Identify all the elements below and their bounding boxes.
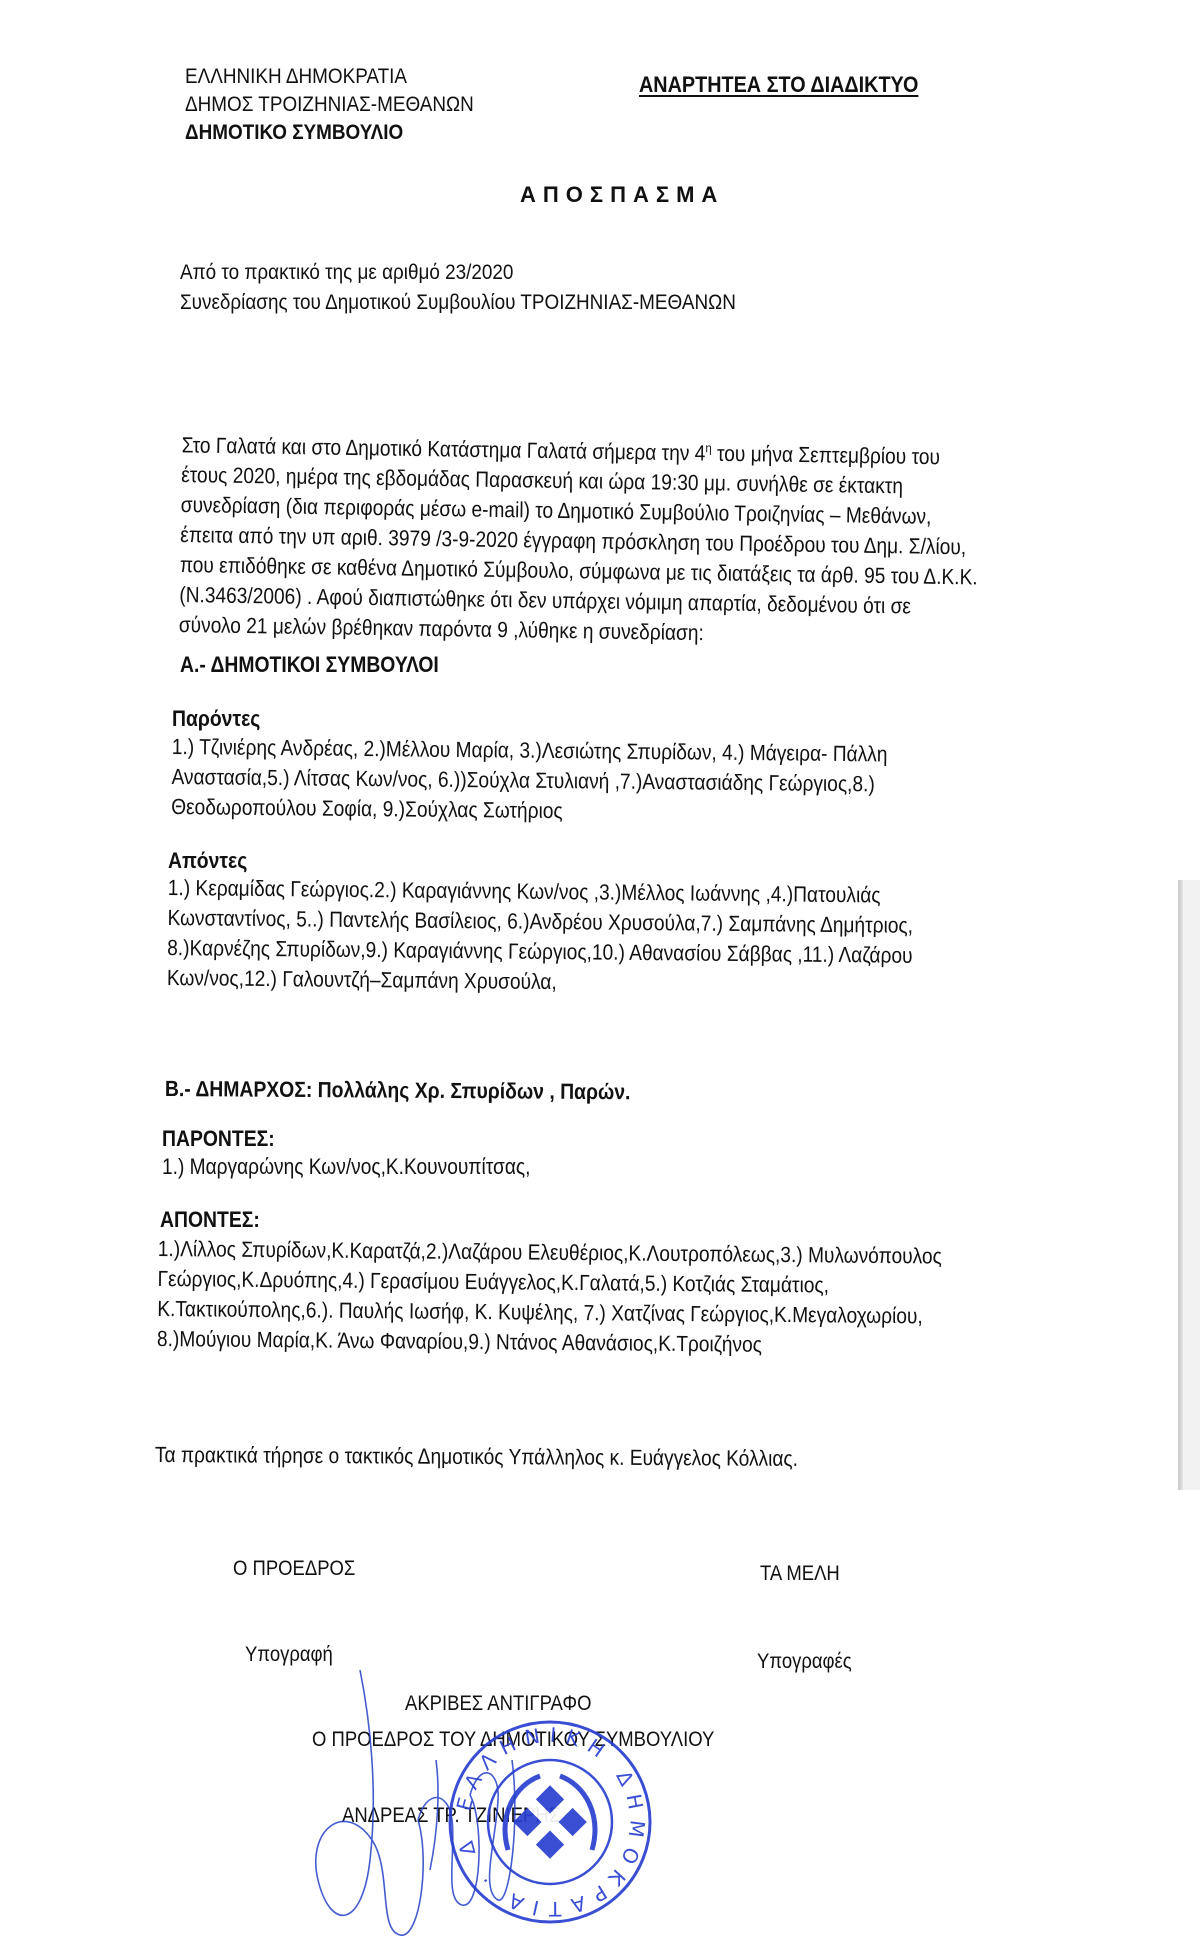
svg-text:ΕΛΛΗΝΙΚΗ ΔΗΜΟΚΡΑΤΙΑ · ΔΗΜΟΣ ΤΡ: ΕΛΛΗΝΙΚΗ ΔΗΜΟΚΡΑΤΙΑ · ΔΗΜΟΣ ΤΡΟΙΖΗΝΙΑΣ-Μ… xyxy=(0,0,650,1921)
municipal-stamp-icon: ΕΛΛΗΝΙΚΗ ΔΗΜΟΚΡΑΤΙΑ · ΔΗΜΟΣ ΤΡΟΙΖΗΝΙΑΣ-Μ… xyxy=(0,0,650,1922)
stamp-and-signature: ΕΛΛΗΝΙΚΗ ΔΗΜΟΚΡΑΤΙΑ · ΔΗΜΟΣ ΤΡΟΙΖΗΝΙΑΣ-Μ… xyxy=(0,0,1200,1960)
